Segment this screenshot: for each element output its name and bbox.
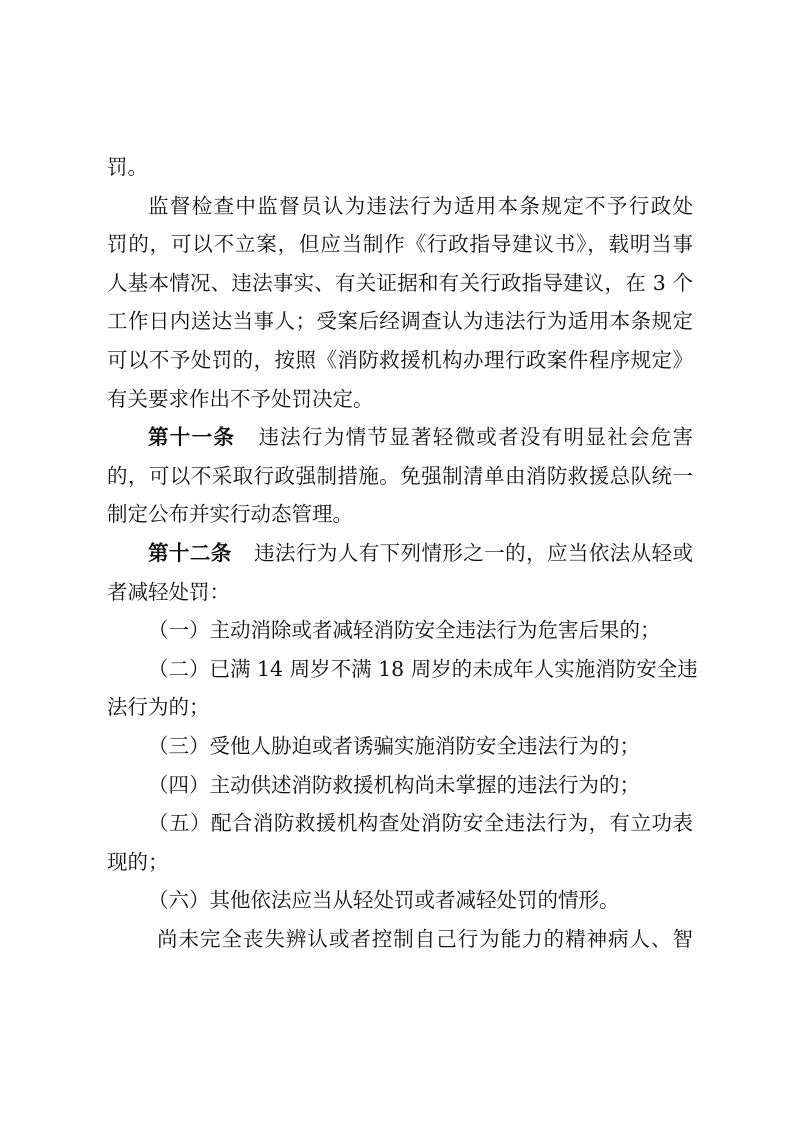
paragraph-line: 者减轻处罚： <box>107 573 693 612</box>
article-12-line: 第十二条违法行为人有下列情形之一的，应当依法从轻或 <box>107 534 693 573</box>
article-12-heading: 第十二条 <box>148 541 232 565</box>
article-11-heading: 第十一条 <box>148 425 235 449</box>
list-item-4: （四）主动供述消防救援机构尚未掌握的违法行为的； <box>107 766 693 805</box>
list-item-2: （二）已满 14 周岁不满 18 周岁的未成年人实施消防安全违 <box>107 650 693 689</box>
paragraph-continuation: 罚。 <box>107 148 693 187</box>
list-item-6: （六）其他依法应当从轻处罚或者减轻处罚的情形。 <box>107 881 693 920</box>
article-11-text: 违法行为情节显著轻微或者没有明显社会危害 <box>257 425 693 449</box>
paragraph-line: 的，可以不采取行政强制措施。免强制清单由消防救援总队统一 <box>107 457 693 496</box>
paragraph-line: 制定公布并实行动态管理。 <box>107 495 693 534</box>
paragraph-line: 罚的，可以不立案，但应当制作《行政指导建议书》，载明当事 <box>107 225 693 264</box>
paragraph-line: 可以不予处罚的，按照《消防救援机构办理行政案件程序规定》 <box>107 341 693 380</box>
list-item-2-cont: 法行为的； <box>107 688 693 727</box>
paragraph-line: 监督检查中监督员认为违法行为适用本条规定不予行政处 <box>107 187 693 226</box>
paragraph-line: 人基本情况、违法事实、有关证据和有关行政指导建议，在 3 个 <box>107 264 693 303</box>
article-11-line: 第十一条违法行为情节显著轻微或者没有明显社会危害 <box>107 418 693 457</box>
list-item-3: （三）受他人胁迫或者诱骗实施消防安全违法行为的； <box>107 727 693 766</box>
list-item-1: （一）主动消除或者减轻消防安全违法行为危害后果的； <box>107 611 693 650</box>
paragraph-line: 工作日内送达当事人；受案后经调查认为违法行为适用本条规定 <box>107 302 693 341</box>
document-page: 罚。 监督检查中监督员认为违法行为适用本条规定不予行政处 罚的，可以不立案，但应… <box>107 148 693 958</box>
article-12-text: 违法行为人有下列情形之一的，应当依法从轻或 <box>254 541 693 565</box>
list-item-5: （五）配合消防救援机构查处消防安全违法行为，有立功表 <box>107 804 693 843</box>
paragraph-line: 尚未完全丧失辨认或者控制自己行为能力的精神病人、智 <box>107 920 693 959</box>
list-item-5-cont: 现的； <box>107 843 693 882</box>
paragraph-line: 有关要求作出不予处罚决定。 <box>107 380 693 419</box>
